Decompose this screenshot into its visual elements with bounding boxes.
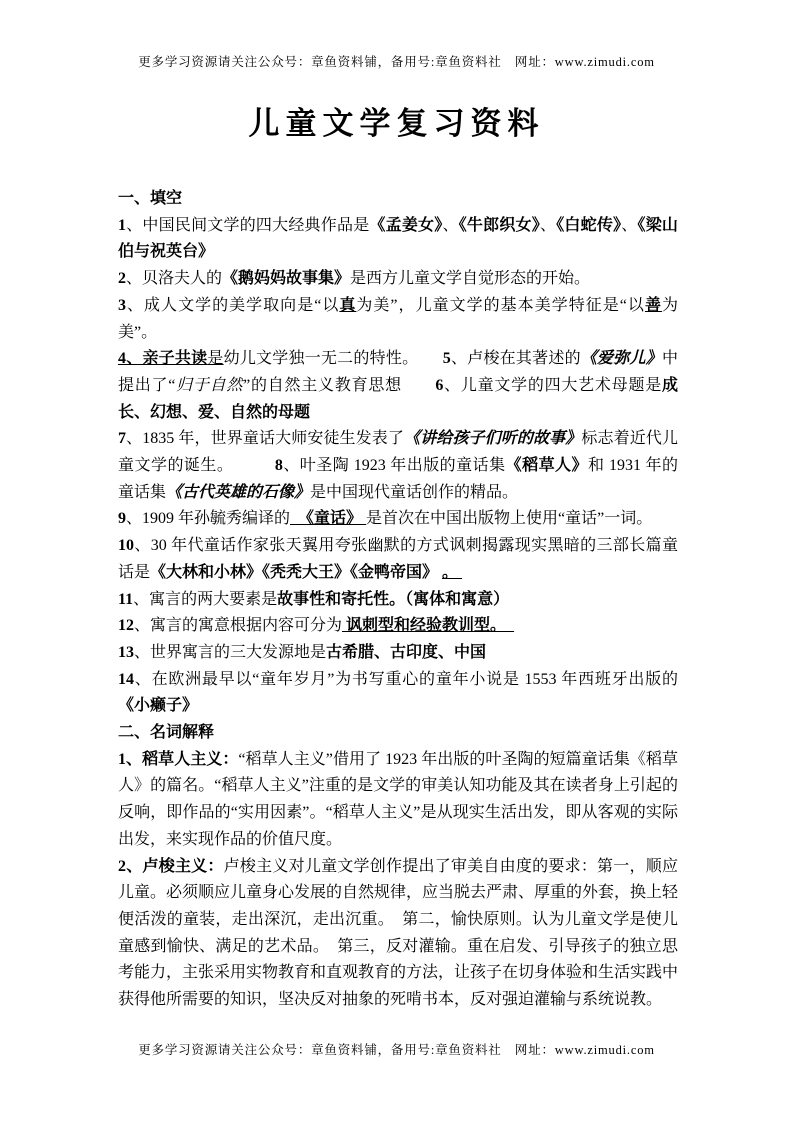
text-segment: 《牛郎织女》 (459, 217, 540, 234)
text-segment: 12 (118, 617, 134, 634)
text-segment: 《爱弥儿》 (581, 350, 662, 367)
paragraph: 3、成人文学的美学取向是“以真为美”，儿童文学的基本美学特征是“以善为美”。 (118, 293, 678, 346)
document-body: 一、填空1、中国民间文学的四大经典作品是《孟姜女》、《牛郎织女》、《白蛇传》、《… (118, 186, 678, 1014)
paragraph: 14、在欧洲最早以“童年岁月”为书写重心的童年小说是 1553 年西班牙出版的《… (118, 667, 678, 720)
text-segment: 、寓言的两大要素是 (133, 591, 277, 608)
text-segment: 3 (118, 297, 126, 314)
paragraph: 4、亲子共读是幼儿文学独一无二的特性。 5、卢梭在其著述的《爱弥儿》中提出了“归… (118, 346, 678, 426)
text-segment: 幼儿文学独一无二的特性。 (224, 350, 443, 367)
text-segment: 一、填空 (118, 190, 182, 207)
text-segment: 为美”，儿童文学的基本美学特征是“以 (356, 297, 645, 314)
text-segment: 、儿童文学的四大艺术母题是 (443, 377, 662, 394)
text-segment: 《古代英雄的石像》 (166, 484, 310, 501)
text-segment: 、寓言的寓意根据内容可分为 (134, 617, 342, 634)
text-segment: 5 (443, 350, 451, 367)
text-segment: 《小癞子》 (118, 697, 198, 714)
text-segment: 《大林和小林》《秃秃大王》《金鸭帝国》 (150, 564, 438, 581)
text-segment: 14 (118, 671, 134, 688)
text-segment: 13 (118, 644, 134, 661)
text-segment: 、1835 年，世界童话大师安徒生发表了 (126, 430, 404, 447)
paragraph: 1、中国民间文学的四大经典作品是《孟姜女》、《牛郎织女》、《白蛇传》、《梁山伯与… (118, 213, 678, 266)
text-segment: 9 (118, 510, 126, 527)
text-segment: 、世界寓言的三大发源地是 (134, 644, 326, 661)
paragraph: 2、卢梭主义：卢梭主义对儿童文学创作提出了审美自由度的要求：第一，顺应儿童。必须… (118, 854, 678, 1014)
text-segment: ”的自然主义教育思想 (243, 377, 435, 394)
paragraph: 7、1835 年，世界童话大师安徒生发表了《讲给孩子们听的故事》标志着近代儿童文… (118, 426, 678, 506)
text-segment: 、卢梭在其著述的 (451, 350, 581, 367)
text-segment: 、在欧洲最早以“童年岁月”为书写重心的童年小说是 1553 年西班牙出版的 (134, 671, 678, 688)
text-segment: 《鹅妈妈故事集》 (222, 270, 350, 287)
document-page: { "header": { "text": "更多学习资源请关注公众号：章鱼资料… (0, 0, 793, 1122)
text-segment: 。 (442, 564, 462, 581)
text-segment: 8 (275, 457, 283, 474)
text-segment: 《童话》 (298, 510, 362, 527)
text-segment: 真 (339, 297, 356, 314)
paragraph: 二、名词解释 (118, 720, 678, 747)
text-segment: 4、亲子共读 (118, 350, 207, 367)
paragraph: 10、30 年代童话作家张天翼用夸张幽默的方式讽刺揭露现实黑暗的三部长篇童话是《… (118, 533, 678, 586)
text-segment: 《讲给孩子们听的故事》 (404, 430, 581, 447)
paragraph: 12、寓言的寓意根据内容可分为 讽刺型和经验教训型。 (118, 613, 678, 640)
text-segment: 《孟姜女》 (369, 217, 442, 234)
text-segment: 是西方儿童文学自觉形态的开始。 (350, 270, 590, 287)
paragraph: 9、1909 年孙毓秀编译的 《童话》 是首次在中国出版物上使用“童话”一词。 (118, 506, 678, 533)
text-segment: 讽刺型和经验教训型。 (342, 617, 514, 634)
paragraph: 13、世界寓言的三大发源地是古希腊、古印度、中国 (118, 640, 678, 667)
text-segment: 7 (118, 430, 126, 447)
document-title: 儿童文学复习资料 (0, 98, 793, 143)
paragraph: 2、贝洛夫人的《鹅妈妈故事集》是西方儿童文学自觉形态的开始。 (118, 266, 678, 293)
text-segment: 是首次在中国出版物上使用“童话”一词。 (366, 510, 652, 527)
text-segment: 卢梭主义对儿童文学创作提出了审美自由度的要求：第一，顺应儿童。必须顺应儿童身心发… (118, 858, 678, 1009)
text-segment: 、 (442, 217, 458, 234)
text-segment: 、 (540, 217, 556, 234)
text-segment: 故事性和寄托性。（寓体和寓意） (277, 591, 509, 608)
text-segment: 是中国现代童话创作的精品。 (310, 484, 518, 501)
text-segment: 10 (118, 537, 134, 554)
paragraph: 11、寓言的两大要素是故事性和寄托性。（寓体和寓意） (118, 587, 678, 614)
text-segment: 、1909 年孙毓秀编译的 (126, 510, 290, 527)
paragraph: 1、稻草人主义：“稻草人主义”借用了 1923 年出版的叶圣陶的短篇童话集《稻草… (118, 747, 678, 854)
text-segment: 、成人文学的美学取向是“以 (126, 297, 339, 314)
text-segment: 二、名词解释 (118, 724, 214, 741)
text-segment: 《白蛇传》 (556, 217, 621, 234)
page-footer: 更多学习资源请关注公众号：章鱼资料铺，备用号:章鱼资料社 网址：www.zimu… (0, 1040, 793, 1058)
text-segment: 、叶圣陶 1923 年出版的童话集 (283, 457, 506, 474)
paragraph: 一、填空 (118, 186, 678, 213)
text-segment: 、中国民间文学的四大经典作品是 (126, 217, 369, 234)
text-segment: 是 (207, 350, 223, 367)
text-segment: 、贝洛夫人的 (126, 270, 222, 287)
text-segment: 2 (118, 270, 126, 287)
text-segment: 《稻草人》 (506, 457, 588, 474)
text-segment: 2、卢梭主义： (118, 858, 224, 875)
page-header: 更多学习资源请关注公众号：章鱼资料铺，备用号:章鱼资料社 网址：www.zimu… (0, 52, 793, 70)
text-segment (290, 510, 298, 527)
text-segment: 11 (118, 591, 133, 608)
text-segment: 归于自然 (175, 377, 243, 394)
text-segment: 1、稻草人主义： (118, 751, 238, 768)
text-segment: 古希腊、古印度、中国 (326, 644, 486, 661)
text-segment: 1 (118, 217, 126, 234)
text-segment: 善 (645, 297, 662, 314)
text-segment: 、 (621, 217, 637, 234)
